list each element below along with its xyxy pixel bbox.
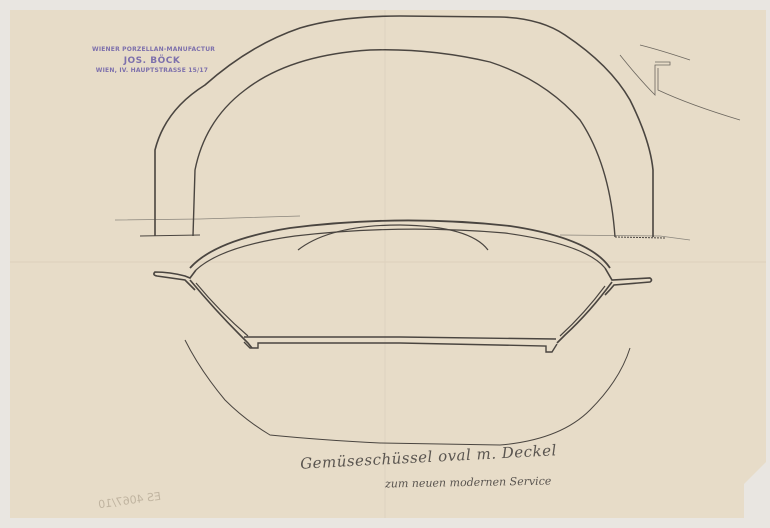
stamp-line-3: WIEN, IV. HAUPTSTRASSE 15/17: [92, 68, 212, 75]
paper: [10, 10, 766, 518]
drawing-canvas: [0, 0, 770, 528]
stamp-line-1: WIENER PORZELLAN-MANUFACTUR: [92, 47, 212, 54]
manufacturer-stamp: WIENER PORZELLAN-MANUFACTUR JOS. BÖCK WI…: [92, 47, 212, 75]
drawing-sheet: WIENER PORZELLAN-MANUFACTUR JOS. BÖCK WI…: [0, 0, 770, 528]
stamp-line-2: JOS. BÖCK: [92, 56, 212, 66]
